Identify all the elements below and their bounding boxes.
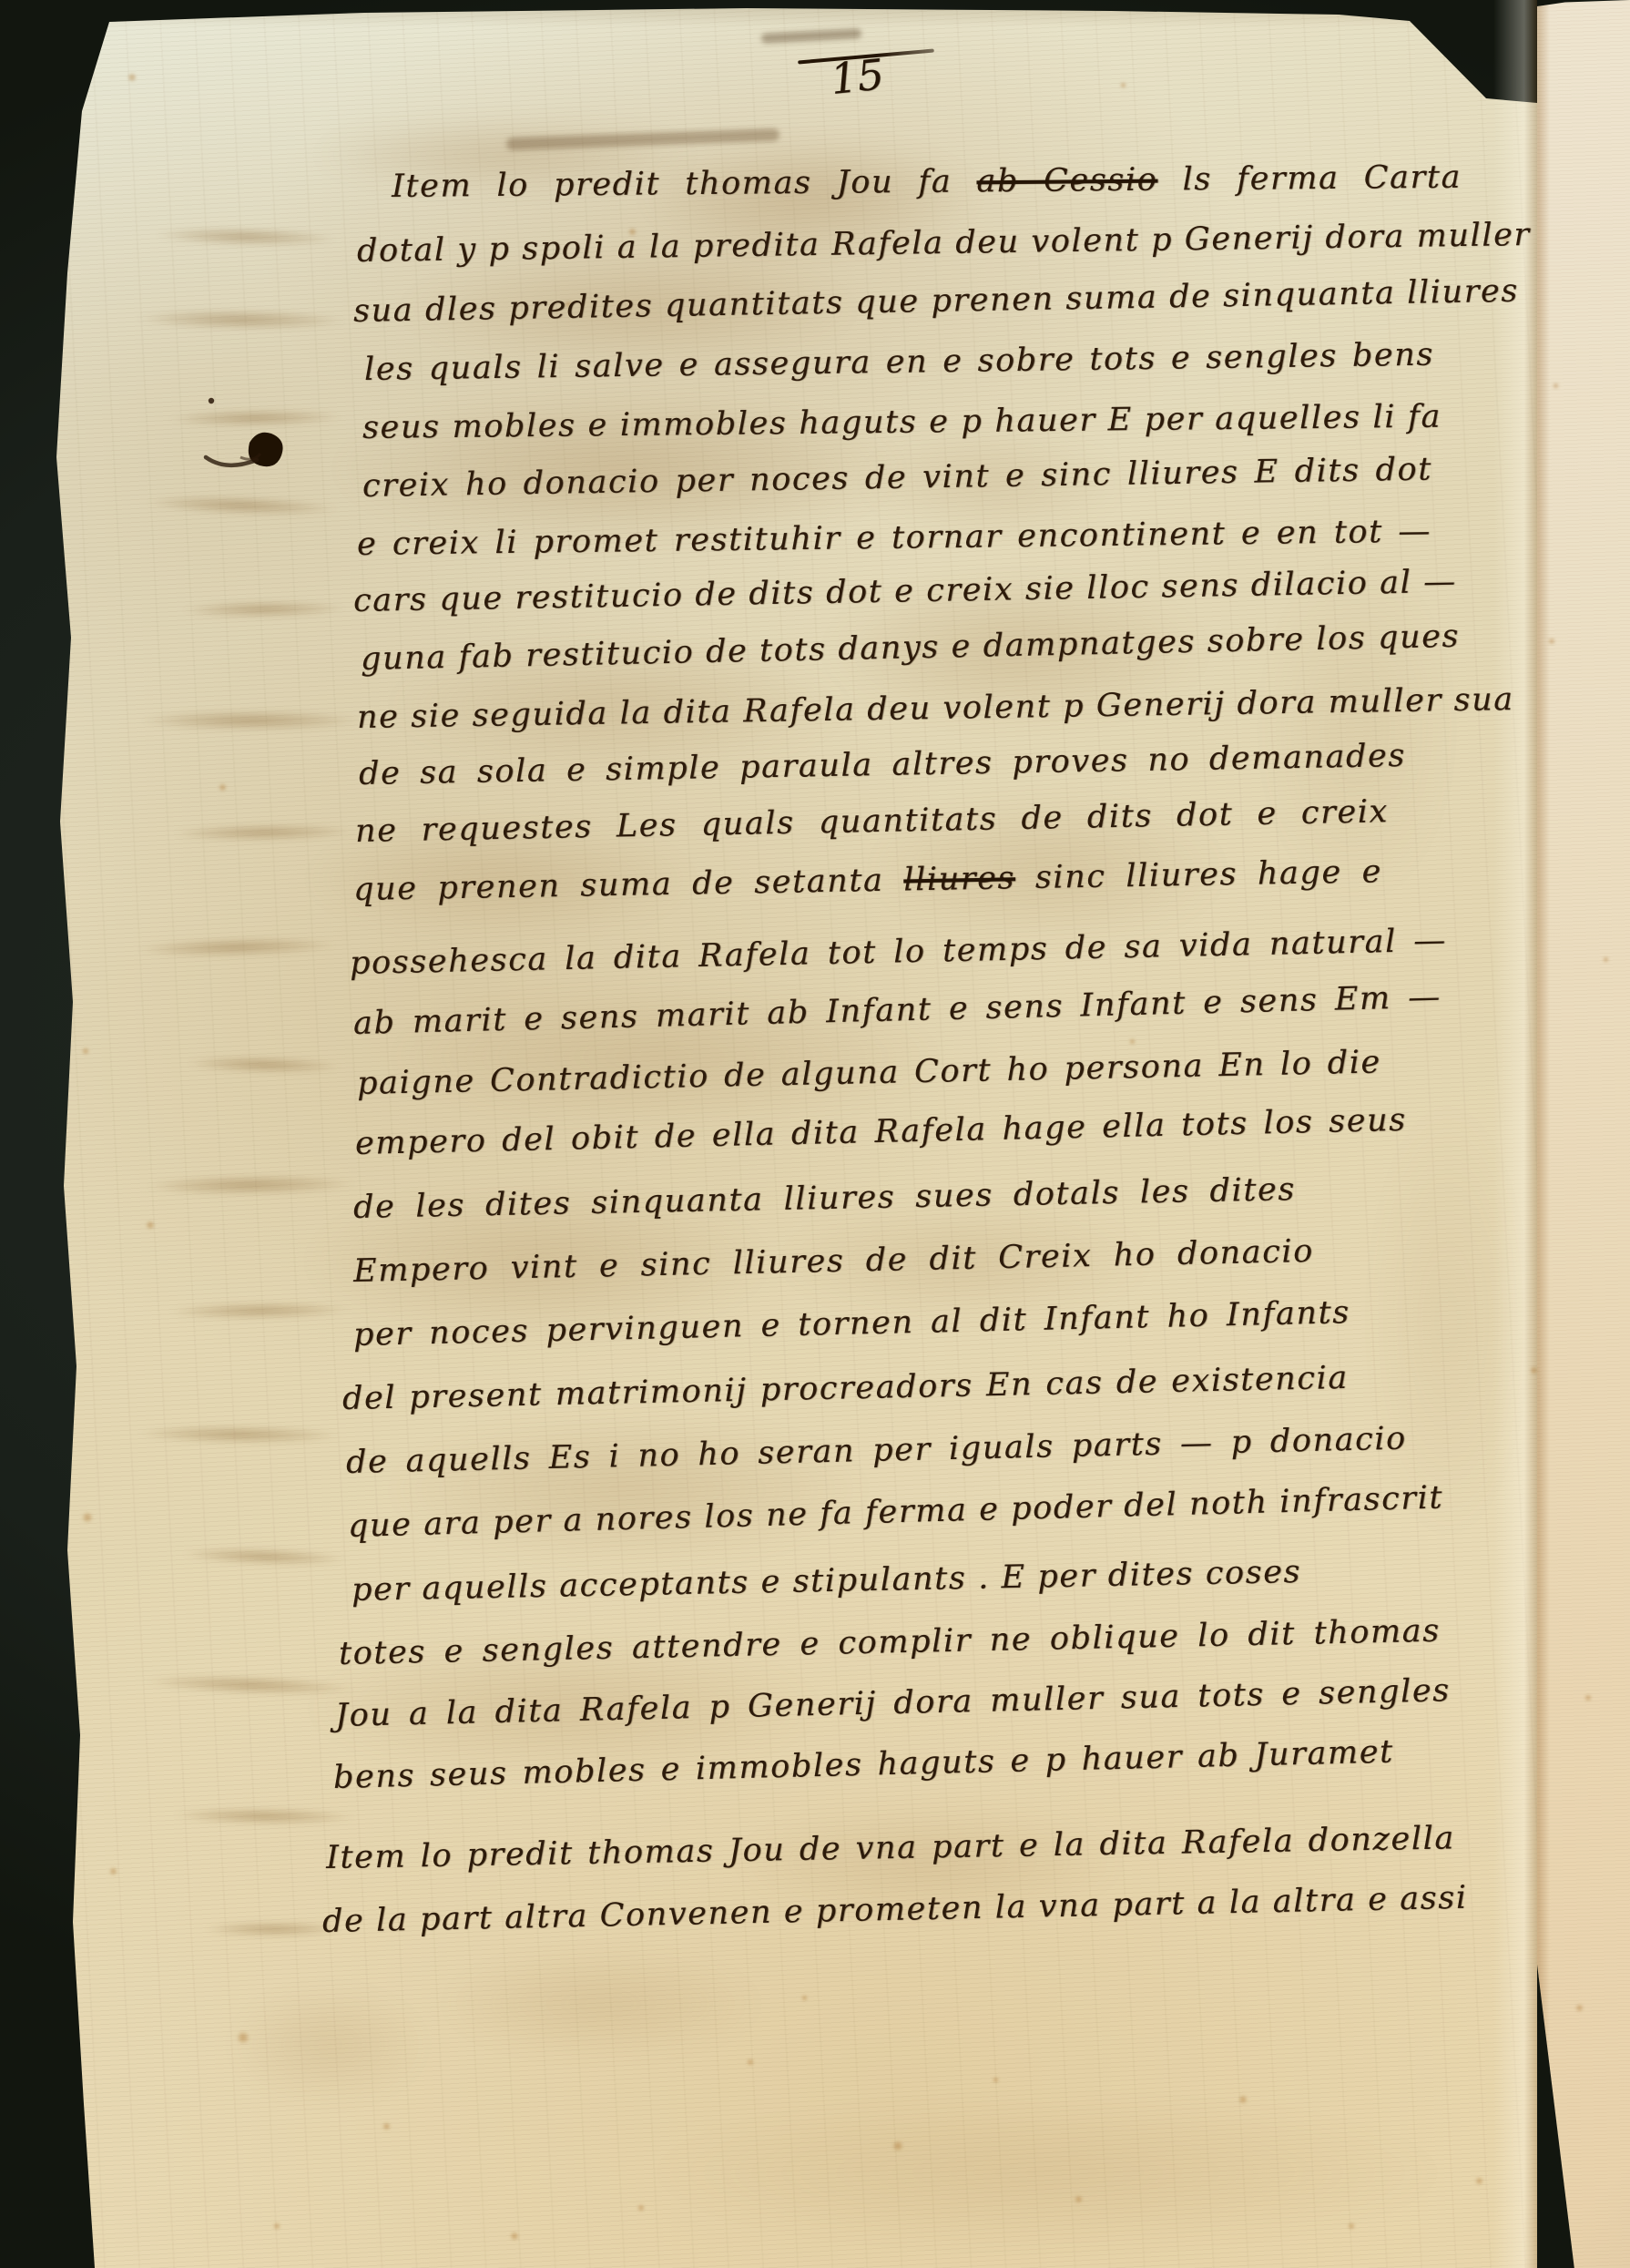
manuscript-line: creix ho donacio per noces de vint e sin… [362, 452, 1432, 505]
manuscript-line: paigne Contradictio de alguna Cort ho pe… [357, 1044, 1382, 1102]
manuscript-text-block: Item lo predit thomas Jou fa ab Cessio l… [0, 0, 1630, 2268]
manuscript-line: guna fab restitucio de tots danys e damp… [361, 618, 1445, 678]
manuscript-line: seus mobles e immobles haguts e p hauer … [362, 399, 1442, 446]
manuscript-line: Empero vint e sinc lliures de dit Creix … [353, 1233, 1315, 1290]
manuscript-line: de sa sola e simple paraula altres prove… [359, 738, 1407, 792]
manuscript-line: de les dites sinquanta lliures sues dota… [353, 1171, 1297, 1226]
manuscript-line: e creix li promet restituhir e tornar en… [357, 514, 1431, 563]
manuscript-line: ne requestes Les quals quantitats de dit… [355, 793, 1390, 850]
manuscript-line: de la part altra Convenen e prometen la … [322, 1883, 1320, 1940]
manuscript-line: les quals li salve e assegura en e sobre… [364, 337, 1434, 388]
manuscript-line: ne sie seguida la dita Rafela deu volent… [357, 682, 1463, 736]
manuscript-line: sua dles predites quantitats que prenen … [353, 274, 1447, 330]
manuscript-line: de aquells Es i no ho seran per iguals p… [346, 1421, 1408, 1481]
manuscript-line: Item lo predit thomas Jou fa ab Cessio l… [392, 159, 1462, 205]
manuscript-line: dotal y p spoli a la predita Rafela deu … [357, 218, 1463, 270]
manuscript-line: cars que restitucio de dits dot e creix … [353, 564, 1452, 619]
manuscript-line: bens seus mobles e immobles haguts e p h… [333, 1734, 1395, 1796]
manuscript-line: totes e sengles attendre e complir ne ob… [339, 1613, 1442, 1672]
manuscript-line: del present matrimonij procreadors En ca… [342, 1360, 1350, 1417]
manuscript-line: empero del obit de ella dita Rafela hage… [355, 1102, 1408, 1162]
manuscript-line: Item lo predit thomas Jou de vna part e … [326, 1820, 1456, 1876]
manuscript-line: per aquells acceptants e stipulants . E … [351, 1555, 1272, 1609]
manuscript-line: Jou a la dita Rafela p Generij dora mull… [335, 1672, 1452, 1734]
manuscript-line: que prenen suma de setanta lliures sinc … [353, 853, 1383, 908]
manuscript-line: ab marit e sens marit ab Infant e sens I… [353, 979, 1442, 1042]
manuscript-line: possehesca la dita Rafela tot lo temps d… [350, 923, 1448, 982]
manuscript-photo: 15 Item lo predit thomas Jou fa ab Cessi… [0, 0, 1630, 2268]
manuscript-line: per noces pervinguen e tornen al dit Inf… [353, 1294, 1351, 1354]
manuscript-line: que ara per a nores los ne fa ferma e po… [347, 1480, 1422, 1545]
